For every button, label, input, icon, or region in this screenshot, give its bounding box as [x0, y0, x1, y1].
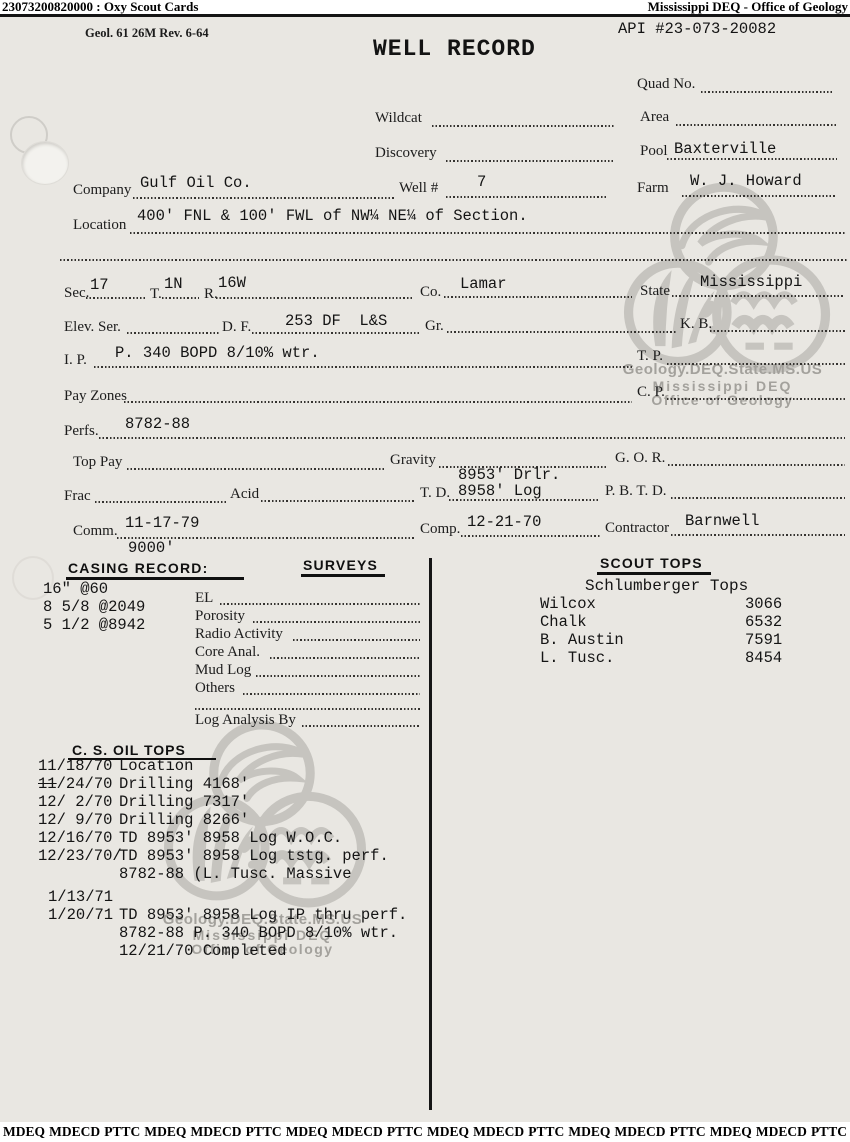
title-underline — [597, 572, 711, 575]
oil-tops-entry-text: 8782-88 (L. Tusc. Massive — [119, 865, 352, 883]
scout-top-depth: 6532 — [745, 613, 782, 631]
field-gr-label: Gr. — [425, 318, 444, 335]
survey-item-label: Radio Activity — [195, 626, 283, 643]
casing-item: 5 1/2 @8942 — [43, 616, 145, 634]
dotted-line — [195, 708, 420, 710]
form-revision-note: Geol. 61 26M Rev. 6-64 — [85, 26, 209, 41]
scout-top-depth: 7591 — [745, 631, 782, 649]
dotted-line — [668, 464, 845, 466]
field-state-label: State — [640, 283, 670, 300]
dotted-line — [432, 125, 614, 127]
dotted-line — [130, 232, 845, 234]
dotted-line — [447, 331, 676, 333]
oil-tops-entry-text: TD 8953' 8958 Log W.O.C. — [119, 829, 342, 847]
date-part: 11/18/70 — [38, 757, 112, 775]
survey-item-label: Core Anal. — [195, 644, 260, 661]
field-location-value: 400' FNL & 100' FWL of NW¼ NE¼ of Sectio… — [137, 207, 528, 225]
field-location-label: Location — [73, 217, 126, 234]
field-company-value: Gulf Oil Co. — [140, 174, 252, 192]
field-comp-label: Comp. — [420, 521, 460, 538]
page-title: WELL RECORD — [373, 36, 536, 62]
field-elev-ser-label: Elev. Ser. — [64, 319, 121, 336]
dotted-line — [124, 401, 632, 403]
dotted-line — [671, 497, 845, 499]
dotted-line — [86, 297, 146, 299]
footer-stamp: MDECD — [332, 1124, 383, 1140]
field-area-label: Area — [640, 109, 669, 126]
dotted-line — [253, 621, 420, 623]
scanned-well-record-page: 23073200820000 : Oxy Scout Cards Mississ… — [0, 0, 850, 1142]
agency-title: Mississippi DEQ - Office of Geology — [646, 0, 850, 14]
field-comm-label: Comm. — [73, 523, 118, 540]
oil-tops-entry-date: 12/16/70 — [38, 829, 112, 847]
field-well-number-label: Well # — [399, 180, 438, 197]
field-range-label: R. — [204, 286, 218, 303]
dotted-line — [672, 295, 845, 297]
casing-item: 16" @60 — [43, 580, 108, 598]
field-pool-value: Baxterville — [674, 140, 776, 158]
survey-item-label: Others — [195, 680, 235, 697]
scout-top-name: L. Tusc. — [540, 649, 614, 667]
field-county-label: Co. — [420, 284, 441, 301]
field-gravity-label: Gravity — [390, 452, 436, 469]
dotted-line — [676, 124, 837, 126]
oil-tops-entry-date: 11/24/70 — [38, 775, 112, 793]
dotted-line — [302, 725, 420, 727]
field-kb-label: K. B. — [680, 316, 712, 333]
dotted-line — [444, 296, 632, 298]
field-perfs-label: Perfs. — [64, 423, 99, 440]
dotted-line — [446, 196, 608, 198]
field-comp-value: 12-21-70 — [467, 513, 541, 531]
field-cp-label: C. P. — [637, 384, 665, 401]
oil-tops-entry-text: Drilling 7317' — [119, 793, 249, 811]
dotted-line — [256, 675, 420, 677]
dotted-line — [216, 297, 414, 299]
oil-tops-entry-date: 12/ 9/70 — [38, 811, 112, 829]
field-td-label: T. D. — [420, 485, 450, 502]
dotted-line — [99, 437, 845, 439]
field-top-pay-label: Top Pay — [73, 454, 122, 471]
footer-stamp: MDEQ — [710, 1124, 752, 1140]
oil-tops-entry-date: 12/ 2/70 — [38, 793, 112, 811]
footer-stamp: MDECD — [473, 1124, 524, 1140]
page-top-rule — [0, 14, 850, 17]
field-pool-label: Pool — [640, 143, 668, 160]
dotted-line — [270, 657, 420, 659]
oil-tops-entry-text: Location — [119, 757, 193, 775]
dotted-line — [127, 468, 384, 470]
field-ip-value: P. 340 BOPD 8/10% wtr. — [115, 344, 320, 362]
dotted-line — [701, 91, 834, 93]
surveys-title: SURVEYS — [303, 557, 378, 573]
survey-item-label: EL — [195, 590, 213, 607]
footer-stamp: PTTC — [104, 1124, 140, 1140]
log-analysis-by-label: Log Analysis By — [195, 712, 296, 729]
footer-stamp: MDEQ — [144, 1124, 186, 1140]
scout-top-depth: 8454 — [745, 649, 782, 667]
oil-tops-entry-date: 12/23/70/ — [38, 847, 122, 865]
field-tp-label: T. P. — [637, 348, 663, 365]
struck-date-part: 11 — [38, 775, 57, 793]
footer-stamp: MDEQ — [3, 1124, 45, 1140]
field-pbtd-label: P. B. T. D. — [605, 483, 667, 500]
dotted-line — [162, 297, 199, 299]
field-ip-label: I. P. — [64, 352, 87, 369]
field-df-value: 253 DF L&S — [285, 312, 387, 330]
dotted-line — [710, 330, 845, 332]
field-county-value: Lamar — [460, 275, 507, 293]
casing-item: 8 5/8 @2049 — [43, 598, 145, 616]
oil-tops-entry-text: TD 8953' 8958 Log tstg. perf. — [119, 847, 389, 865]
oil-tops-entry-text: TD 8953' 8958 Log IP thru perf. — [119, 906, 407, 924]
field-wildcat-label: Wildcat — [375, 110, 422, 127]
viewer-header-bar: 23073200820000 : Oxy Scout Cards Mississ… — [0, 0, 850, 14]
field-contractor-label: Contractor — [605, 520, 669, 537]
footer-stamp: PTTC — [811, 1124, 847, 1140]
title-underline — [301, 574, 385, 577]
oil-tops-entry-date: 11/18/70 — [38, 757, 112, 775]
scout-top-name: Wilcox — [540, 595, 596, 613]
scout-top-name: B. Austin — [540, 631, 624, 649]
dotted-line — [293, 639, 420, 641]
field-perfs-value: 8782-88 — [125, 415, 190, 433]
dotted-line — [667, 398, 845, 400]
oil-tops-entry-text: 12/21/70 Completed — [119, 942, 286, 960]
footer-stamp: PTTC — [387, 1124, 423, 1140]
dotted-line — [449, 499, 600, 501]
casing-record-title: CASING RECORD: — [68, 560, 208, 576]
footer-stamp: MDEQ — [286, 1124, 328, 1140]
oil-tops-entry-text: Drilling 8266' — [119, 811, 249, 829]
field-township-value: 1N — [164, 275, 183, 293]
footer-stamp: MDEQ — [568, 1124, 610, 1140]
dotted-line — [127, 332, 219, 334]
footer-stamp: MDECD — [190, 1124, 241, 1140]
dotted-line — [461, 535, 600, 537]
field-comm-value: 11-17-79 — [125, 514, 199, 532]
field-well-number-value: 7 — [477, 173, 486, 191]
field-gor-label: G. O. R. — [615, 450, 665, 467]
dotted-line — [667, 158, 837, 160]
footer-stamp-bar: MDEQ MDECD PTTC MDEQ MDECD PTTC MDEQ MDE… — [0, 1122, 850, 1142]
scout-tops-title: SCOUT TOPS — [600, 555, 703, 571]
card-id-title: 23073200820000 : Oxy Scout Cards — [0, 0, 200, 14]
field-farm-label: Farm — [637, 180, 669, 197]
footer-stamp: PTTC — [670, 1124, 706, 1140]
field-td-log-value: 8958' Log — [458, 482, 542, 500]
dotted-line — [252, 332, 419, 334]
field-state-value: Mississippi — [700, 273, 802, 291]
footer-stamp: MDECD — [756, 1124, 807, 1140]
field-discovery-label: Discovery — [375, 145, 437, 162]
dotted-line — [446, 160, 614, 162]
footer-stamp: PTTC — [246, 1124, 282, 1140]
field-frac-label: Frac — [64, 488, 91, 505]
field-pay-zones-label: Pay Zones — [64, 388, 127, 405]
dotted-line — [682, 195, 837, 197]
dotted-line — [220, 603, 420, 605]
footer-stamp: MDECD — [614, 1124, 665, 1140]
field-quad-label: Quad No. — [637, 76, 695, 93]
field-farm-value: W. J. Howard — [690, 172, 802, 190]
dotted-line — [261, 500, 414, 502]
dotted-line — [133, 197, 396, 199]
dotted-line — [94, 366, 632, 368]
field-range-value: 16W — [218, 274, 246, 292]
footer-stamp: MDEQ — [427, 1124, 469, 1140]
field-sec-label: Sec. — [64, 285, 89, 302]
hole-punch-mark — [22, 142, 68, 184]
scout-tops-subtitle: Schlumberger Tops — [585, 577, 748, 595]
dotted-line — [667, 363, 845, 365]
survey-item-label: Mud Log — [195, 662, 251, 679]
field-township-label: T. — [150, 286, 162, 303]
field-sec-value: 17 — [90, 276, 109, 294]
dotted-line — [671, 534, 845, 536]
dotted-line — [60, 259, 847, 261]
field-acid-label: Acid — [230, 486, 259, 503]
scout-top-name: Chalk — [540, 613, 587, 631]
date-part: /24/70 — [57, 775, 113, 793]
api-number: API #23-073-20082 — [618, 20, 776, 38]
dotted-line — [95, 501, 227, 503]
survey-item-label: Porosity — [195, 608, 245, 625]
dotted-line — [243, 693, 420, 695]
footer-stamp: PTTC — [528, 1124, 564, 1140]
scout-top-depth: 3066 — [745, 595, 782, 613]
oil-tops-entry-text: 8782-88 P. 340 BOPD 8/10% wtr. — [119, 924, 398, 942]
oil-tops-entry-date: 1/13/71 — [48, 888, 113, 906]
oil-tops-entry-date: 1/20/71 — [48, 906, 113, 924]
proposed-depth-note: 9000' — [128, 539, 175, 557]
field-company-label: Company — [73, 182, 131, 199]
field-contractor-value: Barnwell — [685, 512, 759, 530]
oil-tops-entry-text: Drilling 4168' — [119, 775, 249, 793]
oil-tops-title: C. S. OIL TOPS — [72, 742, 186, 758]
column-divider-rule — [429, 558, 432, 1110]
footer-stamp: MDECD — [49, 1124, 100, 1140]
field-df-label: D. F. — [222, 319, 251, 336]
